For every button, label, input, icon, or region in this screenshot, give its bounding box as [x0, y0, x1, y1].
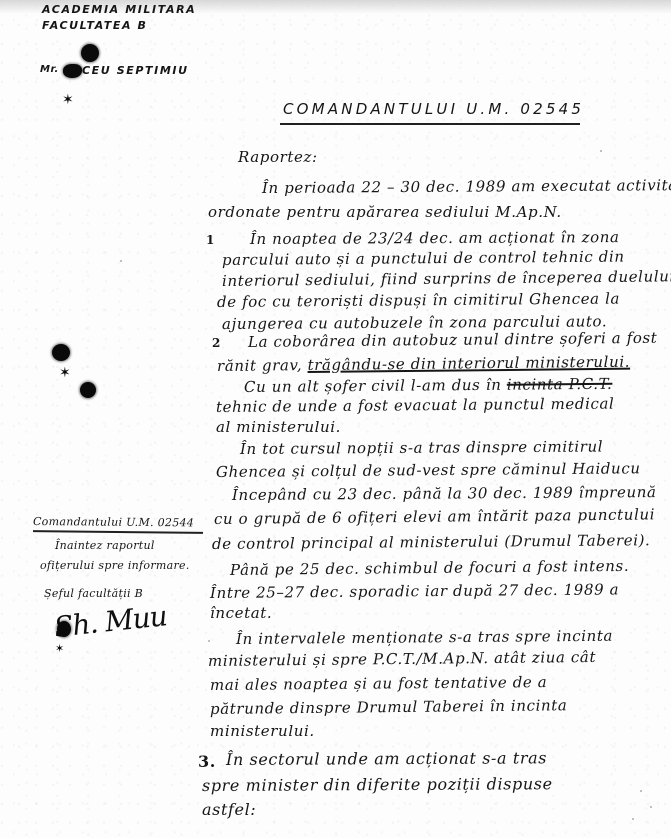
report-line: În noaptea de 23/24 dec. am acționat în … [250, 228, 620, 248]
title-underline [280, 123, 580, 125]
report-line: ministerului și spre P.C.T./M.Ap.N. atât… [208, 648, 596, 670]
margin-note-line: ofițerului spre informare. [40, 559, 190, 572]
scanned-document-page: Academia Militara Facultatea B Mr. CEU S… [0, 0, 671, 838]
paragraph-number: 2 [212, 336, 221, 350]
report-line: pătrunde dinspre Drumul Taberei în incin… [210, 696, 568, 718]
margin-note-line: Șeful facultății B [44, 587, 143, 600]
star-mark-icon: ✶ [62, 93, 74, 107]
ink-blot [81, 44, 99, 62]
institution-label: Academia Militara [42, 3, 196, 16]
report-line-text: Cu un alt șofer civil l-am dus în [244, 376, 507, 396]
scan-speckle [208, 640, 210, 642]
scan-speckle [650, 806, 652, 808]
report-line: mai ales noaptea și au fost tentative de… [210, 673, 547, 694]
scan-speckle [640, 790, 642, 792]
author-name: CEU SEPTIMIU [82, 64, 189, 77]
margin-note-line: Înaintez raportul [55, 539, 155, 552]
report-line: Până pe 25 dec. schimbul de focuri a fos… [230, 557, 629, 579]
report-line: ministerului. [210, 722, 315, 740]
report-line: Începând cu 23 dec. până la 30 dec. 1989… [232, 483, 657, 504]
addressee-title: COMANDANTULUI U.M. 02545 [283, 100, 584, 118]
ink-blot [57, 621, 71, 637]
scan-speckle [120, 260, 122, 262]
report-line: cu o grupă de 6 ofițeri elevi am întărit… [214, 505, 655, 528]
report-line: În tot cursul nopții s-a tras dinspre ci… [240, 437, 603, 458]
report-line: La coborârea din autobuz unul dintre șof… [248, 329, 658, 351]
report-line: ordonate pentru apărarea sediului M.Ap.N… [208, 203, 562, 221]
report-line: În perioada 22 – 30 dec. 1989 am executa… [262, 176, 671, 197]
report-line: parcului auto și a punctului de control … [222, 247, 625, 269]
report-line: încetat. [210, 604, 272, 622]
report-line: În sectorul unde am acționat s-a tras [226, 748, 547, 769]
report-line: În intervalele menționate s-a tras spre … [236, 627, 613, 648]
author-rank: Mr. [40, 64, 59, 75]
ink-blot [80, 382, 96, 398]
report-line: tehnic de unde a fost evacuat la punctul… [216, 395, 615, 416]
scan-speckle [600, 150, 602, 152]
report-line-text: rănit grav, [217, 356, 308, 375]
struck-text: incinta P.C.T. [507, 375, 613, 394]
report-line: de control principal al ministerului (Dr… [212, 531, 651, 553]
report-line: al ministerului. [216, 418, 341, 436]
signature: Sh. Muu [53, 599, 169, 644]
star-mark-icon: ✶ [55, 643, 64, 654]
report-line: Între 25–27 dec. sporadic iar după 27 de… [210, 580, 619, 602]
margin-heading: Comandantului U.M. 02544 [33, 515, 194, 529]
faculty-label: Facultatea B [42, 19, 148, 32]
report-line: interiorul sediului, fiind surprins de î… [222, 267, 671, 290]
report-line: rănit grav, trăgându-se din interiorul m… [217, 353, 630, 375]
underlined-text: trăgându-se din interiorul ministerului. [307, 353, 630, 374]
report-line: Cu un alt șofer civil l-am dus în incint… [244, 375, 613, 396]
report-line: de foc cu teroriști dispuși în cimitirul… [217, 289, 620, 311]
paragraph-number: 1 [206, 233, 215, 247]
margin-heading-underline [33, 530, 203, 533]
redacted-name-prefix [63, 64, 82, 78]
ink-blot [52, 344, 70, 361]
report-line: astfel: [202, 800, 256, 819]
report-line: Ghencea și colțul de sud-vest spre cămin… [216, 459, 641, 481]
salutation: Raportez: [238, 148, 318, 166]
report-line: spre minister din diferite poziții dispu… [202, 774, 553, 795]
paragraph-number: 3. [198, 752, 216, 771]
scan-speckle [632, 818, 634, 820]
star-mark-icon: ✶ [59, 366, 71, 380]
